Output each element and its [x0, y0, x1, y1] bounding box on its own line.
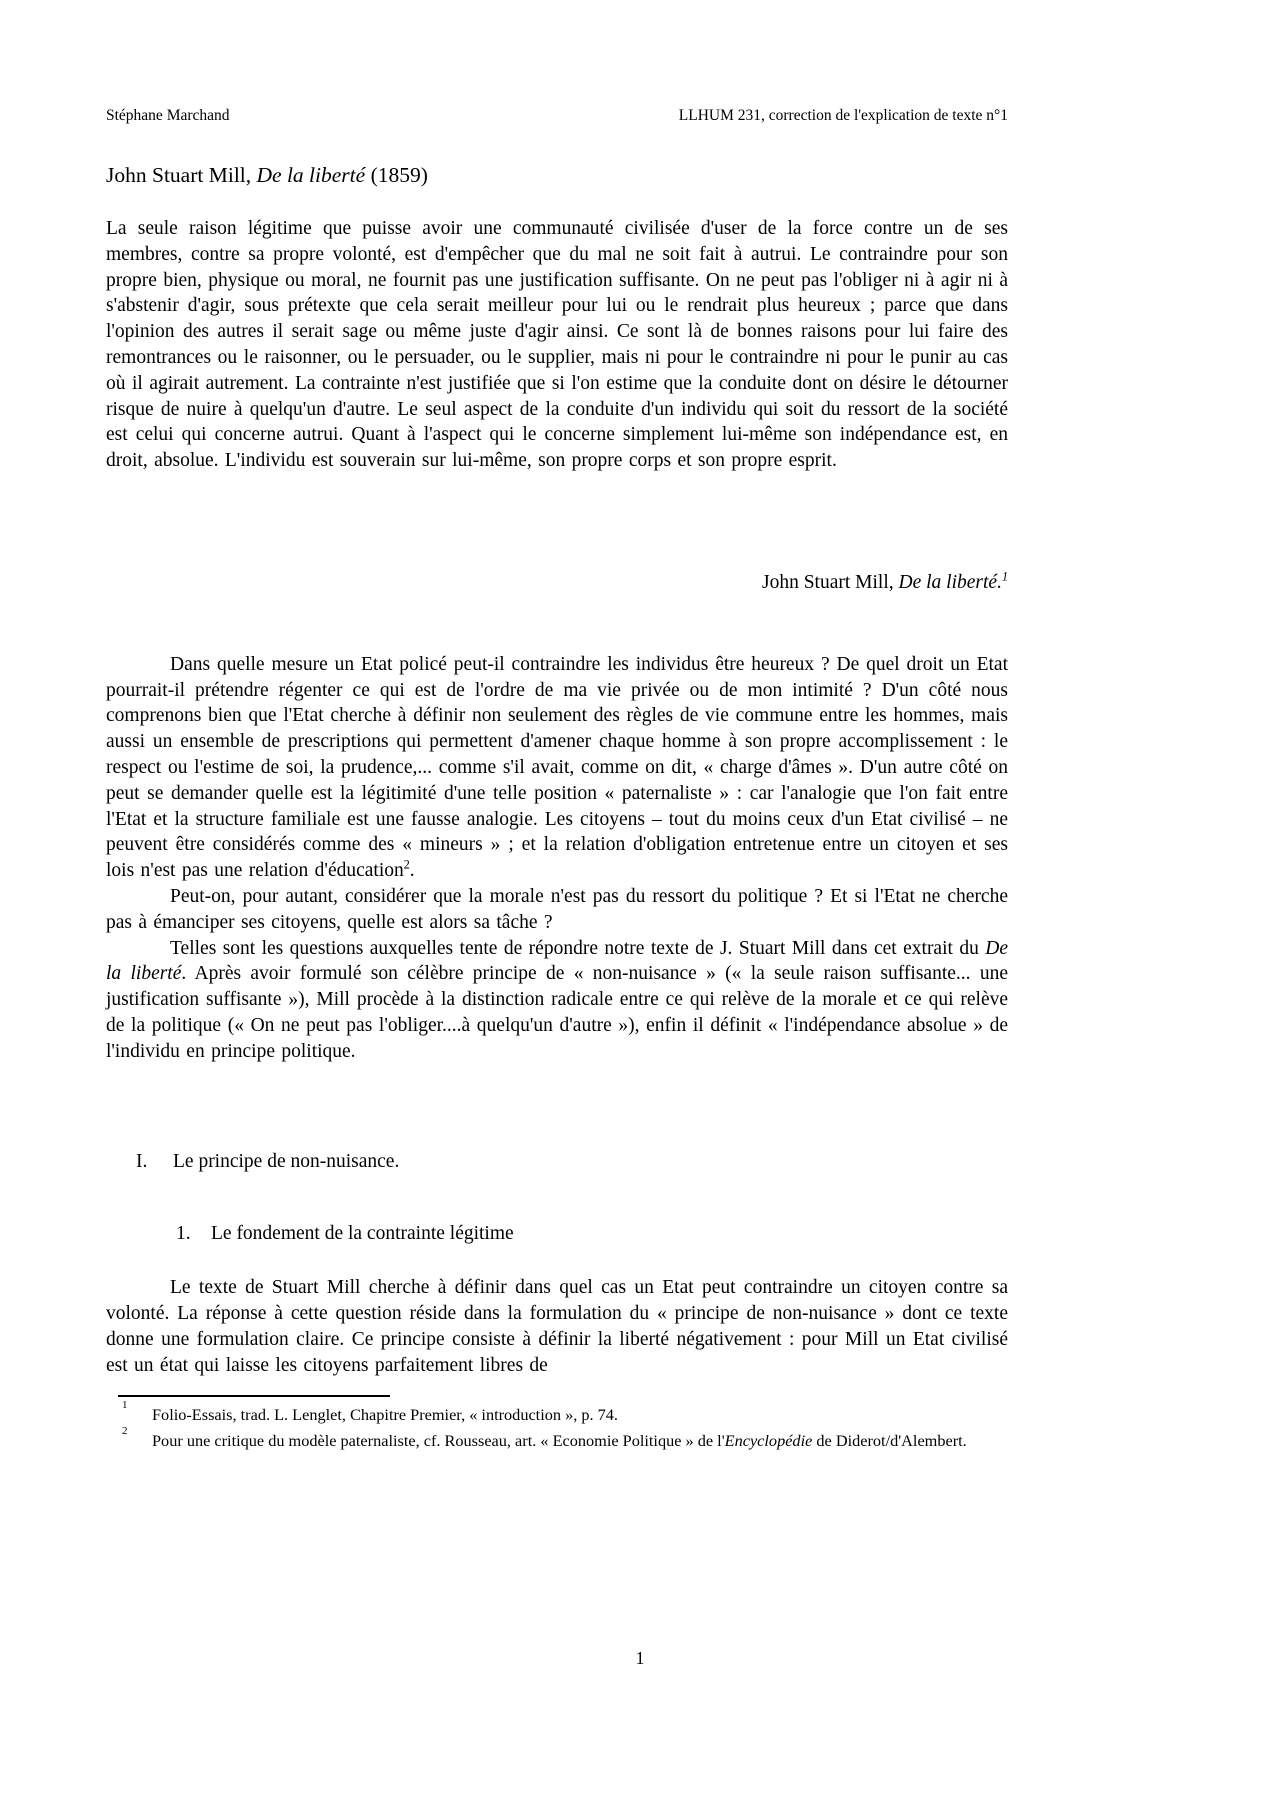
title-author: John Stuart Mill, [106, 163, 257, 187]
section-heading-1-number: I. [136, 1149, 173, 1175]
section-heading-1-label: Le principe de non-nuisance. [173, 1151, 399, 1172]
title-year: (1859) [365, 163, 428, 187]
intro-paragraph-3: Telles sont les questions auxquelles ten… [106, 936, 1008, 1065]
footnote-separator-rule [118, 1395, 390, 1397]
document-title: John Stuart Mill, De la liberté (1859) [106, 162, 1008, 189]
subsection-heading-1: 1.Le fondement de la contrainte légitime [176, 1221, 1008, 1247]
page-header: Stéphane Marchand LLHUM 231, correction … [106, 106, 1008, 125]
footnote-2-work: Encyclopédie [725, 1431, 813, 1450]
attribution-author: John Stuart Mill, [762, 572, 899, 593]
page-number: 1 [0, 1648, 1280, 1669]
intro-paragraph-1: Dans quelle mesure un Etat policé peut-i… [106, 652, 1008, 884]
title-work: De la liberté [257, 163, 366, 187]
attribution-work: De la liberté. [899, 572, 1002, 593]
intro-paragraph-1-text: Dans quelle mesure un Etat policé peut-i… [106, 654, 1008, 881]
document-page: Stéphane Marchand LLHUM 231, correction … [0, 0, 1280, 1811]
subsection-heading-1-number: 1. [176, 1221, 211, 1247]
header-course: LLHUM 231, correction de l'explication d… [679, 106, 1008, 125]
footnotes-section: 1Folio-Essais, trad. L. Lenglet, Chapitr… [106, 1395, 1008, 1454]
section-heading-1: I.Le principe de non-nuisance. [136, 1149, 1008, 1175]
intro-paragraph-2: Peut-on, pour autant, considérer que la … [106, 884, 1008, 936]
mill-quote-paragraph: La seule raison légitime que puisse avoi… [106, 216, 1008, 474]
body-paragraph-1: Le texte de Stuart Mill cherche à défini… [106, 1275, 1008, 1378]
footnote-2: 2Pour une critique du modèle paternalist… [106, 1428, 1008, 1454]
intro-paragraph-1-tail: . [410, 860, 415, 881]
intro-paragraph-3-after: . Après avoir formulé son célèbre princi… [106, 963, 1008, 1061]
footnote-1: 1Folio-Essais, trad. L. Lenglet, Chapitr… [106, 1402, 1008, 1428]
footnote-1-text: Folio-Essais, trad. L. Lenglet, Chapitre… [152, 1405, 618, 1424]
subsection-heading-1-label: Le fondement de la contrainte légitime [211, 1223, 514, 1244]
header-author: Stéphane Marchand [106, 106, 230, 125]
footnote-2-text-before: Pour une critique du modèle paternaliste… [152, 1431, 725, 1450]
intro-paragraph-3-before: Telles sont les questions auxquelles ten… [170, 938, 985, 959]
footnote-ref-1: 1 [1002, 569, 1008, 583]
footnote-2-text-after: de Diderot/d'Alembert. [812, 1431, 966, 1450]
footnote-2-text: Pour une critique du modèle paternaliste… [152, 1431, 967, 1450]
quote-attribution: John Stuart Mill, De la liberté.1 [106, 570, 1008, 596]
